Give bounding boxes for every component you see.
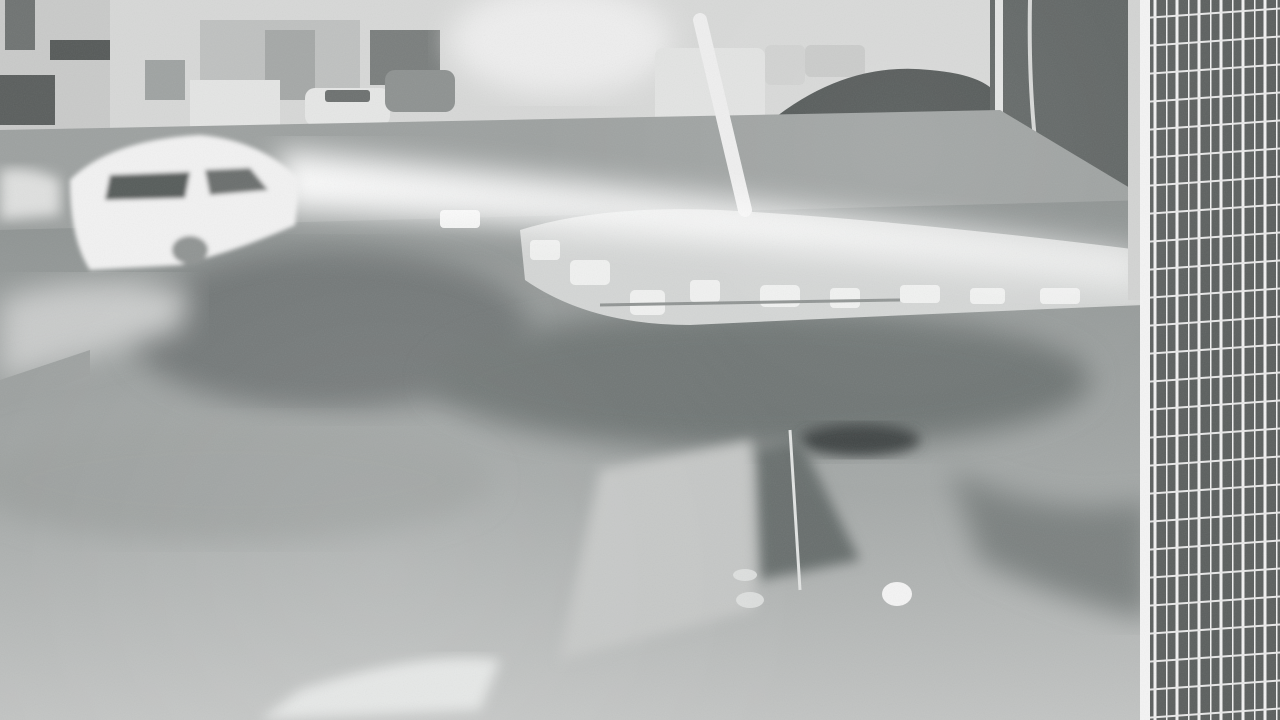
scene-canvas (0, 0, 1280, 720)
cctv-frame (0, 0, 1280, 720)
sensor-noise (0, 0, 1280, 720)
